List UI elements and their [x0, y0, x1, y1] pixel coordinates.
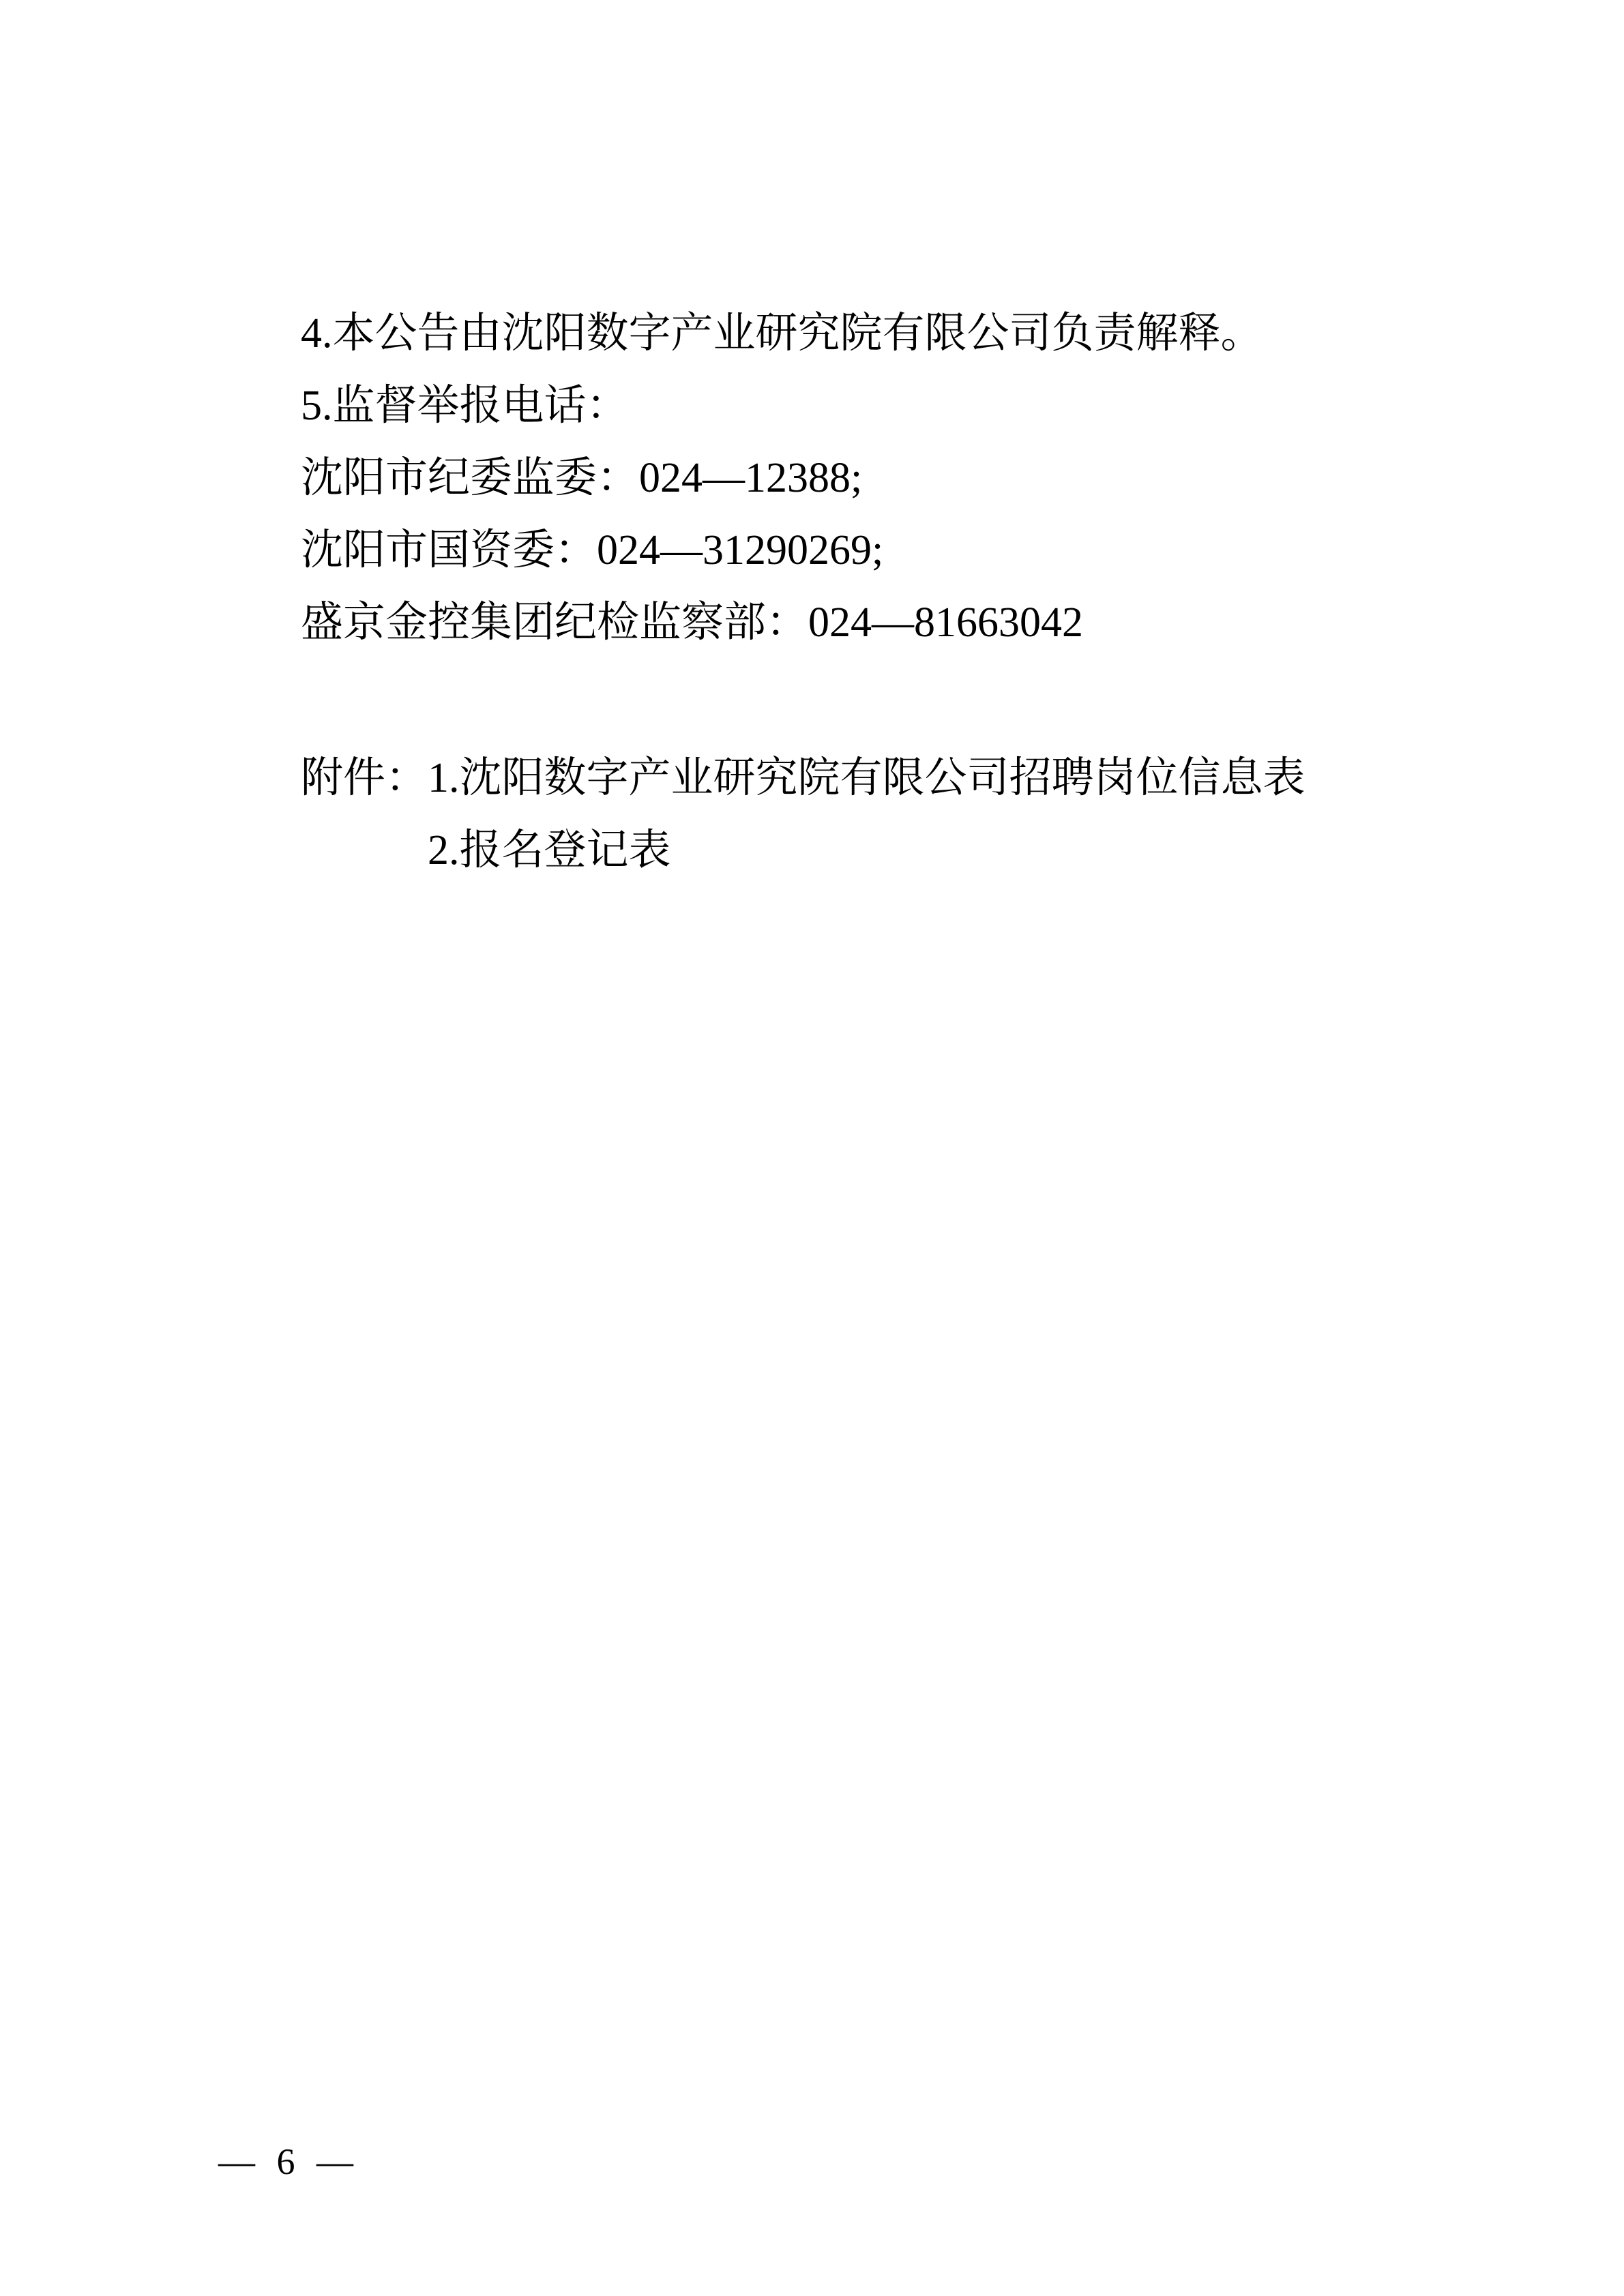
attachment-line-2: 2.报名登记表 — [216, 814, 1471, 886]
document-body: 4.本公告由沈阳数字产业研究院有限公司负责解释。 5.监督举报电话： 沈阳市纪委… — [216, 297, 1471, 886]
attachment-line-1: 附件：1.沈阳数字产业研究院有限公司招聘岗位信息表 — [216, 742, 1471, 814]
paragraph-clause-5: 5.监督举报电话： — [216, 370, 1471, 442]
paragraph-clause-4: 4.本公告由沈阳数字产业研究院有限公司负责解释。 — [216, 297, 1471, 370]
paragraph-hotline-jiwei: 沈阳市纪委监委：024—12388; — [216, 442, 1471, 514]
page-number: — 6 — — [218, 2141, 354, 2182]
paragraph-hotline-shengjing: 盛京金控集团纪检监察部：024—81663042 — [216, 586, 1471, 659]
attachment-section: 附件：1.沈阳数字产业研究院有限公司招聘岗位信息表 2.报名登记表 — [216, 742, 1471, 886]
document-page: 4.本公告由沈阳数字产业研究院有限公司负责解释。 5.监督举报电话： 沈阳市纪委… — [0, 0, 1624, 2296]
paragraph-hotline-guoziwei: 沈阳市国资委：024—31290269; — [216, 514, 1471, 586]
